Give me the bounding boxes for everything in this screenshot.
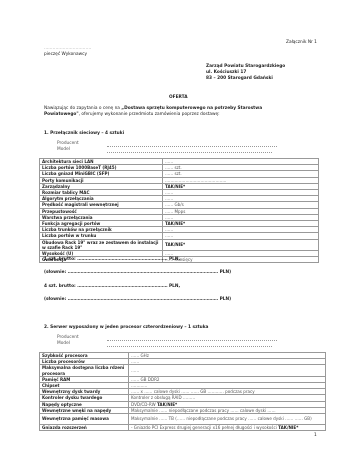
spec-value-field[interactable]: - Gniazdo PCI Express drugiej generacji … xyxy=(129,425,326,431)
section1-model-label: Model xyxy=(57,147,70,152)
price-1-unit[interactable]: 1 szt. brutto: ……………………………………………………… PLN… xyxy=(44,257,180,262)
spec-value-choice: TAK/NIE* xyxy=(157,402,177,407)
recipient-line-3: 83 – 200 Starogard Gdański xyxy=(206,76,273,81)
section1-producer-label: Producent xyxy=(57,141,79,146)
spec-value-field[interactable]: Maksymalnie …… TB (…… niepodłączane podc… xyxy=(129,414,326,425)
server-spec-table: Szybkość procesora…… GHzLiczba procesoró… xyxy=(39,352,326,431)
attachment-label: Załącznik Nr 1 xyxy=(286,40,317,45)
spec-label: Maksymalna dostępna liczba rdzeni proces… xyxy=(40,365,129,376)
spec-label: Obudowa Rack 19" wraz ze zestawem do ins… xyxy=(40,239,163,250)
spec-value-field[interactable]: …… xyxy=(129,365,326,376)
spec-label: Wewnętrzna pamięć masowa xyxy=(40,414,129,425)
section1-model-field[interactable] xyxy=(107,152,272,153)
section2-model-field[interactable] xyxy=(107,346,272,347)
spec-value-text: - Gniazdo PCI Express drugiej generacji … xyxy=(131,425,278,430)
stamp-label: pieczęć Wykonawcy xyxy=(44,52,87,57)
document-title: OFERTA xyxy=(169,95,188,100)
section1-heading: 1. Przełącznik sieciowy – 4 sztuki xyxy=(44,131,124,136)
switch-spec-table: Architektura sieci LAN……Liczba portów 10… xyxy=(39,158,319,263)
stamp-line: …………………………… xyxy=(44,46,91,51)
spec-label: Gniazda rozszerzeń xyxy=(40,425,129,431)
table-row: Obudowa Rack 19" wraz ze zestawem do ins… xyxy=(40,239,319,250)
spec-value-field[interactable]: TAK/NIE* xyxy=(163,239,319,250)
spec-value-choice: TAK/NIE* xyxy=(278,425,298,430)
table-row: Gniazda rozszerzeń- Gniazdo PCI Express … xyxy=(40,425,326,431)
intro-line-1: Nawiązując do zapytania o cenę na „Dosta… xyxy=(44,106,262,111)
section1-producer-field[interactable] xyxy=(107,146,277,147)
table-row: Maksymalna dostępna liczba rdzeni proces… xyxy=(40,365,326,376)
price-4-units[interactable]: 4 szt. brutto: ……………………………………………………… PLN… xyxy=(44,284,180,289)
spec-value-field[interactable]: …… miesięcy xyxy=(163,257,319,263)
recipient-line-1: Zarząd Powiatu Starogardzkiego xyxy=(206,64,285,69)
intro-line-2: Powiatowego", oferujemy wykonanie przedm… xyxy=(44,112,220,117)
recipient-line-2: ul. Kościuszki 17 xyxy=(206,70,246,75)
table-row: Wewnętrzna pamięć masowaMaksymalnie …… T… xyxy=(40,414,326,425)
page-number: 1 xyxy=(314,433,317,438)
price-1-words[interactable]: (słownie: ………………………………………………………………………………… xyxy=(44,270,231,275)
section2-heading: 2. Serwer wyposażony w jeden procesor cz… xyxy=(44,325,208,330)
section2-producer-field[interactable] xyxy=(107,340,277,341)
section2-model-label: Model xyxy=(57,341,70,346)
spec-value-text: DVD/CD-RW xyxy=(131,402,157,407)
price-4-words[interactable]: (słownie: ………………………………………………………………………………… xyxy=(44,297,231,302)
section2-producer-label: Producent xyxy=(57,335,79,340)
